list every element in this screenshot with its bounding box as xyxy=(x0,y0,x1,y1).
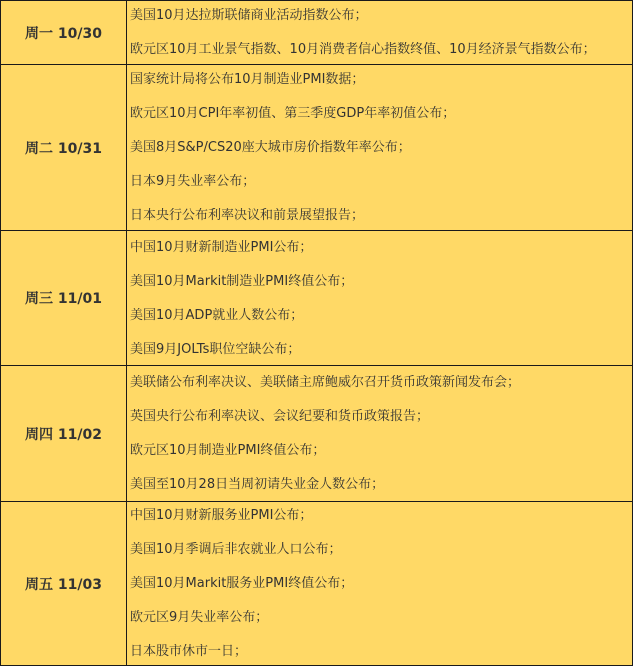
table-row: 周五 11/03 中国10月财新服务业PMI公布； 美国10月季调后非农就业人口… xyxy=(1,502,633,666)
events-cell: 国家统计局将公布10月制造业PMI数据； 欧元区10月CPI年率初值、第三季度G… xyxy=(127,65,633,231)
event-item: 美国至10月28日当周初请失业金人数公布； xyxy=(130,477,632,493)
day-cell: 周一 10/30 xyxy=(1,1,127,65)
table-row: 周一 10/30 美国10月达拉斯联储商业活动指数公布； 欧元区10月工业景气指… xyxy=(1,1,633,65)
day-cell: 周四 11/02 xyxy=(1,366,127,502)
event-item: 欧元区10月制造业PMI终值公布； xyxy=(130,443,632,459)
table-row: 周二 10/31 国家统计局将公布10月制造业PMI数据； 欧元区10月CPI年… xyxy=(1,65,633,231)
event-item: 日本央行公布利率决议和前景展望报告； xyxy=(130,208,632,224)
event-item: 日本股市休市一日； xyxy=(130,644,632,660)
table-row: 周四 11/02 美联储公布利率决议、美联储主席鲍威尔召开货币政策新闻发布会； … xyxy=(1,366,633,502)
event-item: 欧元区10月CPI年率初值、第三季度GDP年率初值公布； xyxy=(130,106,632,122)
events-cell: 中国10月财新制造业PMI公布； 美国10月Markit制造业PMI终值公布； … xyxy=(127,231,633,366)
event-item: 美国8月S&P/CS20座大城市房价指数年率公布； xyxy=(130,140,632,156)
economic-calendar-table: 周一 10/30 美国10月达拉斯联储商业活动指数公布； 欧元区10月工业景气指… xyxy=(0,0,633,666)
event-item: 中国10月财新服务业PMI公布； xyxy=(130,508,632,524)
day-cell: 周二 10/31 xyxy=(1,65,127,231)
event-item: 美国10月ADP就业人数公布； xyxy=(130,308,632,324)
event-item: 国家统计局将公布10月制造业PMI数据； xyxy=(130,72,632,88)
events-cell: 美联储公布利率决议、美联储主席鲍威尔召开货币政策新闻发布会； 英国央行公布利率决… xyxy=(127,366,633,502)
event-item: 中国10月财新制造业PMI公布； xyxy=(130,240,632,256)
event-item: 美国10月季调后非农就业人口公布； xyxy=(130,542,632,558)
event-item: 美国10月达拉斯联储商业活动指数公布； xyxy=(130,8,632,24)
event-item: 欧元区9月失业率公布； xyxy=(130,610,632,626)
event-item: 美国10月Markit制造业PMI终值公布； xyxy=(130,274,632,290)
events-cell: 中国10月财新服务业PMI公布； 美国10月季调后非农就业人口公布； 美国10月… xyxy=(127,502,633,666)
table-row: 周三 11/01 中国10月财新制造业PMI公布； 美国10月Markit制造业… xyxy=(1,231,633,366)
events-cell: 美国10月达拉斯联储商业活动指数公布； 欧元区10月工业景气指数、10月消费者信… xyxy=(127,1,633,65)
event-item: 美国10月Markit服务业PMI终值公布； xyxy=(130,576,632,592)
event-item: 美国9月JOLTs职位空缺公布； xyxy=(130,342,632,358)
day-cell: 周三 11/01 xyxy=(1,231,127,366)
event-item: 英国央行公布利率决议、会议纪要和货币政策报告； xyxy=(130,409,632,425)
event-item: 欧元区10月工业景气指数、10月消费者信心指数终值、10月经济景气指数公布； xyxy=(130,42,632,58)
day-cell: 周五 11/03 xyxy=(1,502,127,666)
event-item: 美联储公布利率决议、美联储主席鲍威尔召开货币政策新闻发布会； xyxy=(130,375,632,391)
event-item: 日本9月失业率公布； xyxy=(130,174,632,190)
